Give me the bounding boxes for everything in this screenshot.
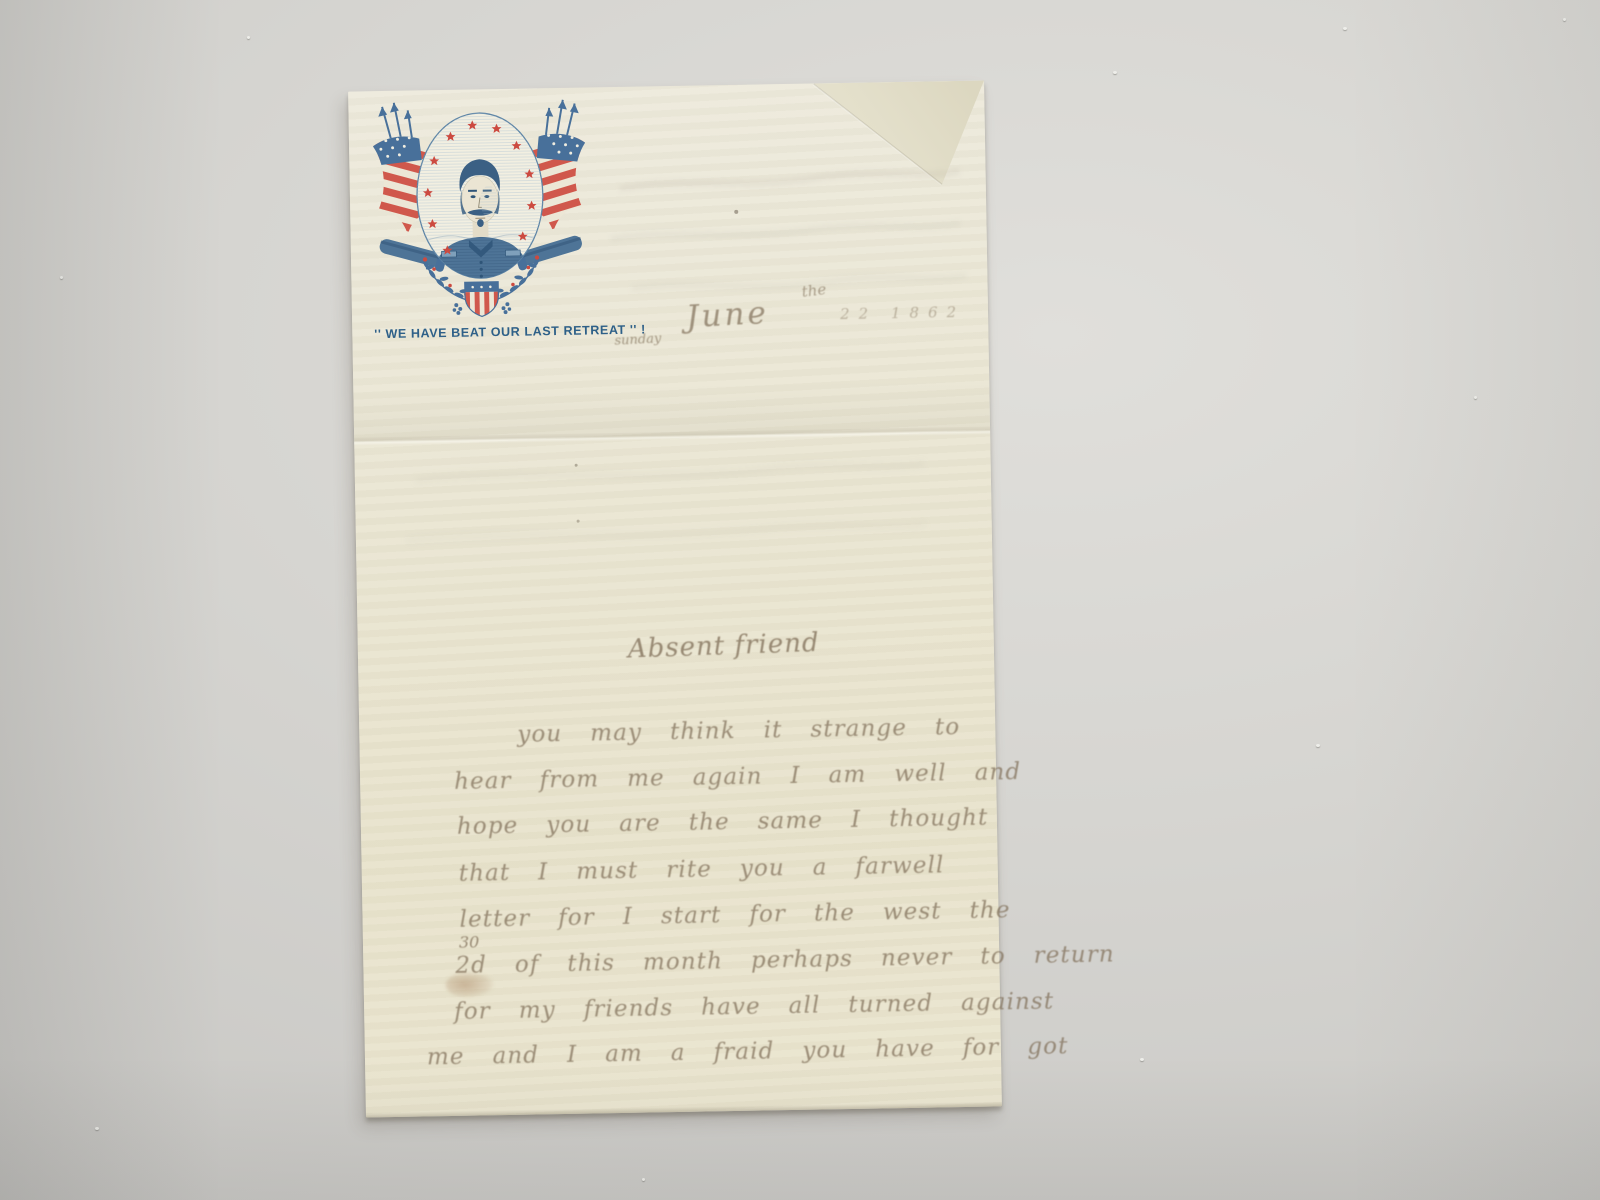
body-line: 2d of this month perhaps never to return	[455, 941, 1115, 979]
wall-speck	[1316, 744, 1320, 747]
shield-icon	[452, 282, 511, 318]
paper-speck	[577, 520, 580, 523]
dog-ear-corner-fold	[814, 81, 986, 188]
salutation: Absent friend	[627, 628, 820, 665]
paper-speck	[734, 210, 738, 214]
wall-speck	[247, 36, 250, 39]
paper-speck	[575, 464, 578, 467]
wall-speck	[95, 1127, 99, 1130]
wall-speck	[1140, 1058, 1144, 1061]
wall-speck	[1113, 71, 1117, 74]
wall-speck	[1563, 18, 1566, 21]
body-line: that I must rite you a farwell	[459, 852, 945, 886]
dateline-ordinal: the	[801, 280, 828, 301]
wall-speck	[1343, 27, 1347, 30]
letterhead-portrait-icon	[360, 95, 600, 325]
ink-stain	[445, 971, 493, 998]
body-line: hope you are the same I thought	[457, 805, 989, 840]
dateline-month: June	[685, 295, 769, 335]
letter-sheet: '' WE HAVE BEAT OUR LAST RETREAT '' ! su…	[348, 81, 1002, 1118]
body-line: hear from me again I am well and	[454, 759, 1022, 795]
body-line: me and I am a fraid you have for got	[427, 1033, 1069, 1070]
dateline-day-word: sunday	[614, 331, 662, 348]
body-line: you may think it strange to	[517, 714, 960, 748]
body-line: for my friends have all turned against	[454, 988, 1054, 1024]
wall-speck	[642, 1178, 645, 1181]
dateline-day-year: 22 1862	[840, 303, 965, 323]
interlinear-correction: 30	[459, 932, 480, 951]
letterhead-slogan: '' WE HAVE BEAT OUR LAST RETREAT '' !	[374, 323, 634, 342]
photo-background-wall: '' WE HAVE BEAT OUR LAST RETREAT '' ! su…	[0, 0, 1600, 1200]
body-line: letter for I start for the west the	[459, 897, 1010, 933]
ink-show-through	[394, 431, 936, 580]
wall-speck	[60, 276, 63, 279]
wall-speck	[1474, 396, 1477, 399]
